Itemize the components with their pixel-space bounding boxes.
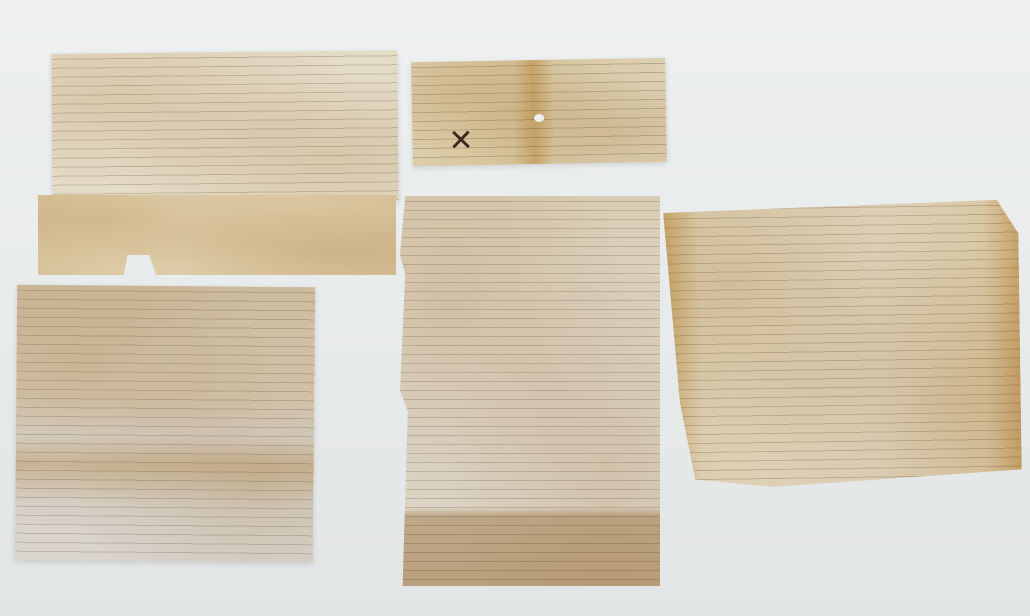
manuscript-top-left-flap	[38, 195, 396, 275]
manuscript-top-left: Wide parchment letter with folded bottom…	[51, 50, 399, 204]
manuscript-bottom-left: Square-ish creased parchment with dense …	[15, 285, 315, 563]
hole-mark	[534, 114, 544, 122]
manuscript-center: Tall parchment page with ragged left edg…	[400, 196, 660, 586]
notarial-cross-mark-icon: ✕	[448, 126, 474, 156]
manuscript-top-middle: Narrow strip document with a notarial cr…	[411, 58, 667, 166]
manuscript-right: Large landscape parchment with torn corn…	[663, 200, 1022, 489]
